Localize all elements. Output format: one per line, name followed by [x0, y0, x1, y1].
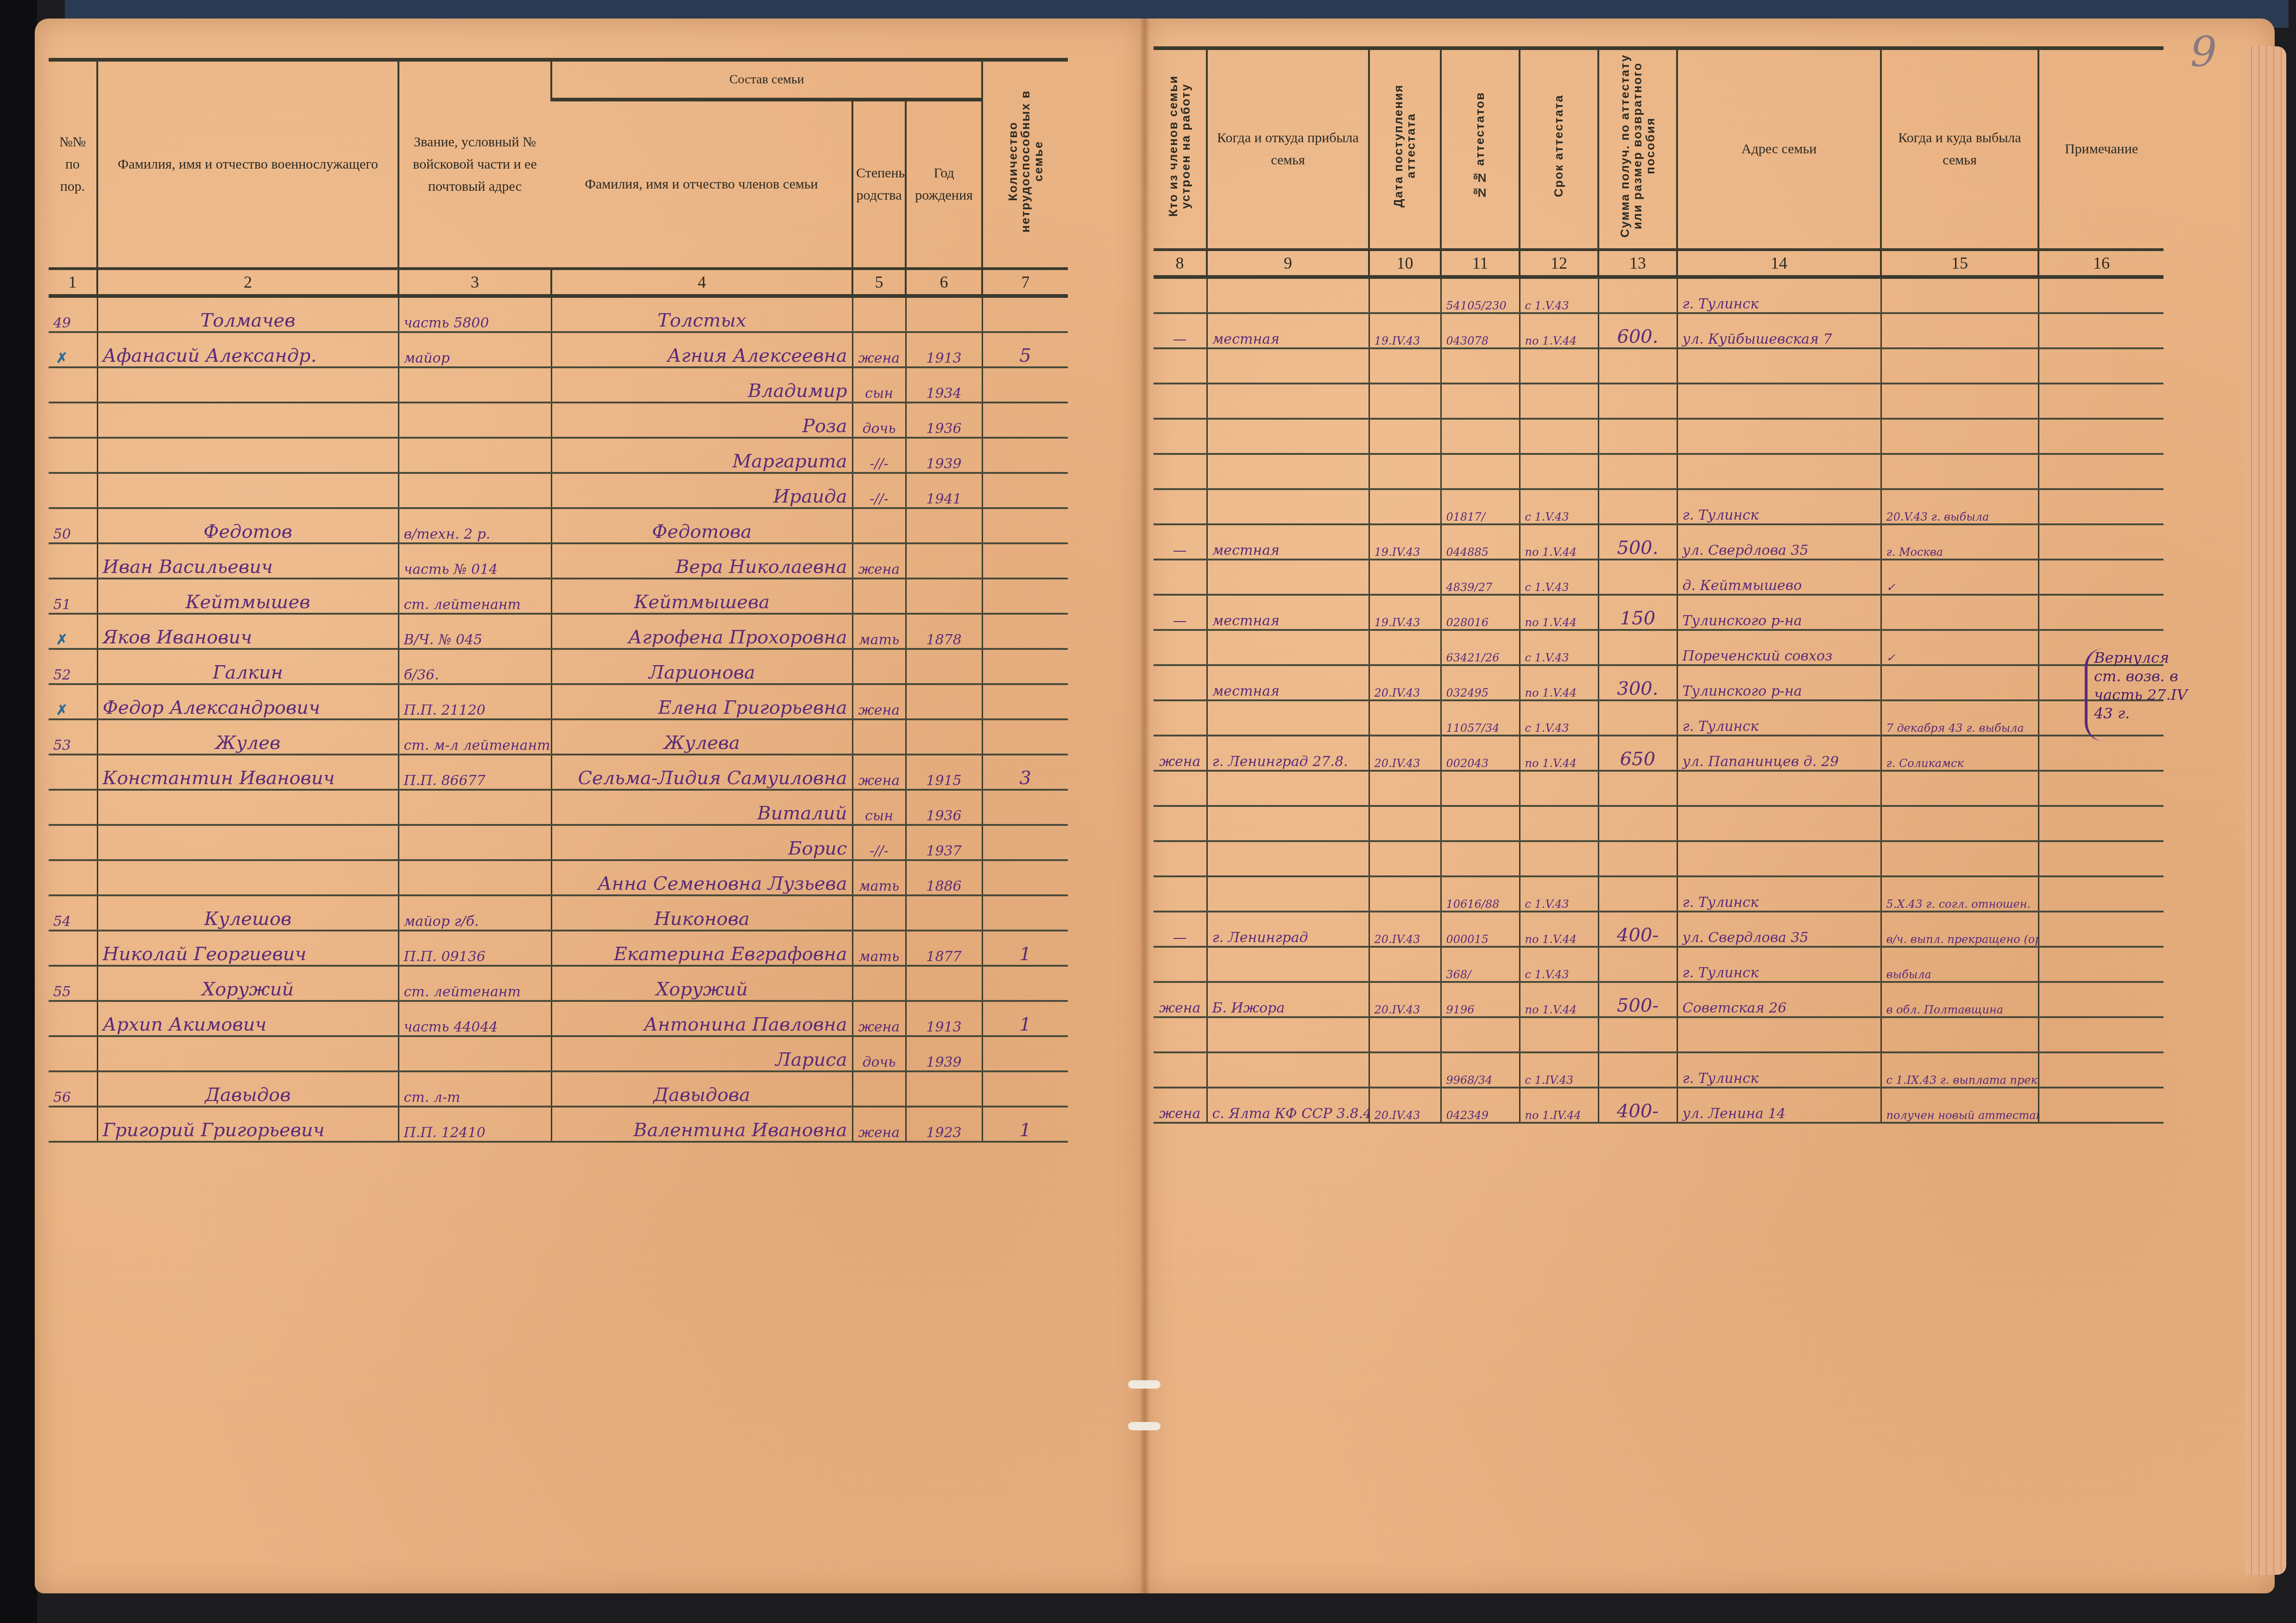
note: [2038, 1088, 2164, 1123]
employed-member: жена: [1154, 1088, 1207, 1123]
note: [2038, 348, 2164, 384]
departed-info: г. Соликамск: [1881, 736, 2038, 771]
arrived-from: [1207, 771, 1369, 806]
family-address: д. Кейтмышево: [1677, 560, 1881, 595]
family-address: [1677, 1017, 1881, 1052]
family-relation: дочь: [852, 403, 906, 438]
disabled-count: [982, 1036, 1068, 1071]
family-relation: -//-: [852, 825, 906, 860]
cert-term: с 1.V.43: [1520, 277, 1598, 313]
table-row: [1154, 1017, 2164, 1052]
amount: 500.: [1598, 524, 1677, 560]
entry-number: 50: [49, 508, 97, 543]
disabled-count: [982, 367, 1068, 403]
cert-date: 20.IV.43: [1369, 1088, 1441, 1123]
unit-info: [398, 438, 551, 473]
col-number: 4: [551, 269, 852, 296]
family-member-name: Екатерина Евграфовна: [551, 931, 852, 966]
family-address: ул. Куйбышевская 7: [1677, 313, 1881, 348]
amount: [1598, 1052, 1677, 1088]
entry-number: [49, 860, 97, 895]
table-row: 63421/26с 1.V.43Пореченский совхоз✓: [1154, 630, 2164, 665]
family-address: Тулинского р-на: [1677, 665, 1881, 700]
cert-term: с 1.V.43: [1520, 700, 1598, 736]
col-header-employed: Кто из членов семьи устроен на работу: [1154, 48, 1207, 250]
unit-info: [398, 1036, 551, 1071]
amount: [1598, 771, 1677, 806]
check-mark-icon: ✗: [56, 702, 68, 718]
unit-info: ст. м-л лейтенант: [398, 719, 551, 755]
employed-member: [1154, 876, 1207, 912]
cert-date: [1369, 1052, 1441, 1088]
entry-number: [49, 1036, 97, 1071]
family-address: Советская 26: [1677, 982, 1881, 1017]
family-address: г. Тулинск: [1677, 876, 1881, 912]
cert-number: 043078: [1441, 313, 1520, 348]
disabled-count: [982, 790, 1068, 825]
unit-info: П.П. 86677: [398, 755, 551, 790]
family-relation: жена: [852, 1001, 906, 1036]
employed-member: [1154, 560, 1207, 595]
arrived-from: [1207, 700, 1369, 736]
arrived-from: местная: [1207, 595, 1369, 630]
serviceman-surname: Галкин: [97, 649, 398, 684]
table-row: [1154, 771, 2164, 806]
family-birth-year: 1936: [906, 790, 982, 825]
cert-term: по 1.V.44: [1520, 982, 1598, 1017]
disabled-count: [982, 1071, 1068, 1107]
departed-info: 5.X.43 г. согл. отношен.: [1881, 876, 2038, 912]
note: [2038, 560, 2164, 595]
note: [2038, 947, 2164, 982]
cert-date: [1369, 771, 1441, 806]
departed-info: [1881, 771, 2038, 806]
note: [2038, 912, 2164, 947]
cert-term: [1520, 454, 1598, 489]
col-header-no: №№ по пор.: [49, 60, 97, 269]
col-header-unit: Звание, условный № войсковой части и ее …: [398, 60, 551, 269]
table-row: Маргарита-//-1939: [49, 438, 1068, 473]
cert-number: [1441, 348, 1520, 384]
family-address: г. Тулинск: [1677, 947, 1881, 982]
disabled-count: [982, 438, 1068, 473]
table-row: Розадочь1936: [49, 403, 1068, 438]
family-relation: жена: [852, 684, 906, 719]
entry-number: [49, 931, 97, 966]
employed-member: жена: [1154, 736, 1207, 771]
col-header-notes: Примечание: [2038, 48, 2164, 250]
col-number: 6: [906, 269, 982, 296]
family-address: [1677, 454, 1881, 489]
family-relation: дочь: [852, 1036, 906, 1071]
serviceman-name: [97, 438, 398, 473]
family-relation: жена: [852, 755, 906, 790]
family-relation: жена: [852, 332, 906, 367]
table-row: [1154, 806, 2164, 841]
family-address: г. Тулинск: [1677, 489, 1881, 524]
family-birth-year: [906, 684, 982, 719]
departed-info: ✓: [1881, 630, 2038, 665]
arrived-from: [1207, 419, 1369, 454]
table-row: 9968/34с 1.IV.43г. Тулинскс 1.IX.43 г. в…: [1154, 1052, 2164, 1088]
unit-info: [398, 790, 551, 825]
col-number: 15: [1881, 250, 2038, 277]
entry-number: [49, 367, 97, 403]
family-member-name: Жулева: [551, 719, 852, 755]
family-member-name: Федотова: [551, 508, 852, 543]
col-header-cert-numbers: №№ аттестатов: [1441, 48, 1520, 250]
unit-info: часть 5800: [398, 296, 551, 332]
family-birth-year: 1939: [906, 438, 982, 473]
family-birth-year: 1913: [906, 1001, 982, 1036]
check-mark-icon: ✗: [56, 350, 68, 366]
unit-info: [398, 473, 551, 508]
serviceman-name: [97, 825, 398, 860]
departed-info: [1881, 454, 2038, 489]
entry-number: ✗: [49, 614, 97, 649]
serviceman-name: Иван Васильевич: [97, 543, 398, 579]
col-number: 10: [1369, 250, 1441, 277]
employed-member: [1154, 806, 1207, 841]
col-header-birth-year: Год рождения: [906, 100, 982, 269]
employed-member: жена: [1154, 982, 1207, 1017]
table-row: [1154, 419, 2164, 454]
family-member-name: Валентина Ивановна: [551, 1107, 852, 1142]
table-row: [1154, 841, 2164, 876]
col-header-relation: Степень родства: [852, 100, 906, 269]
disabled-count: [982, 296, 1068, 332]
table-row: 4839/27с 1.V.43д. Кейтмышево✓: [1154, 560, 2164, 595]
family-address: [1677, 806, 1881, 841]
col-header-family-address: Адрес семьи: [1677, 48, 1881, 250]
cert-number: 63421/26: [1441, 630, 1520, 665]
family-birth-year: 1937: [906, 825, 982, 860]
entry-number: 52: [49, 649, 97, 684]
family-member-name: Борис: [551, 825, 852, 860]
cert-date: 20.IV.43: [1369, 982, 1441, 1017]
family-address: г. Тулинск: [1677, 277, 1881, 313]
cert-term: с 1.V.43: [1520, 489, 1598, 524]
family-birth-year: [906, 579, 982, 614]
disabled-count: 1: [982, 1001, 1068, 1036]
cert-term: [1520, 419, 1598, 454]
table-row: 54Кулешовмайор г/б.Никонова: [49, 895, 1068, 931]
employed-member: [1154, 489, 1207, 524]
family-member-name: Елена Григорьевна: [551, 684, 852, 719]
arrived-from: с. Ялта КФ ССР 3.8.41 г.: [1207, 1088, 1369, 1123]
table-row: Ларисадочь1939: [49, 1036, 1068, 1071]
family-address: ул. Ленина 14: [1677, 1088, 1881, 1123]
departed-info: [1881, 806, 2038, 841]
cert-term: [1520, 384, 1598, 419]
cert-term: [1520, 771, 1598, 806]
cert-date: 19.IV.43: [1369, 595, 1441, 630]
family-relation: [852, 296, 906, 332]
cert-term: по 1.V.44: [1520, 313, 1598, 348]
cert-term: с 1.V.43: [1520, 630, 1598, 665]
departed-info: [1881, 348, 2038, 384]
table-row: женаБ. Ижора20.IV.439196по 1.V.44500-Сов…: [1154, 982, 2164, 1017]
arrived-from: [1207, 1052, 1369, 1088]
departed-info: [1881, 665, 2038, 700]
binding-thread-icon: [1128, 1380, 1161, 1389]
unit-info: [398, 403, 551, 438]
cert-term: по 1.V.44: [1520, 665, 1598, 700]
departed-info: [1881, 277, 2038, 313]
table-row: 368/с 1.V.43г. Тулинсквыбыла: [1154, 947, 2164, 982]
family-member-name: Владимир: [551, 367, 852, 403]
arrived-from: [1207, 947, 1369, 982]
arrived-from: [1207, 454, 1369, 489]
note: [2038, 489, 2164, 524]
table-row: —местная19.IV.43043078по 1.V.44600.ул. К…: [1154, 313, 2164, 348]
family-birth-year: 1886: [906, 860, 982, 895]
family-birth-year: [906, 508, 982, 543]
cert-number: 000015: [1441, 912, 1520, 947]
employed-member: [1154, 700, 1207, 736]
serviceman-name: Яков Иванович: [97, 614, 398, 649]
note: [2038, 277, 2164, 313]
family-birth-year: 1913: [906, 332, 982, 367]
family-address: [1677, 384, 1881, 419]
family-birth-year: [906, 296, 982, 332]
table-row: —г. Ленинград20.IV.43000015по 1.V.44400-…: [1154, 912, 2164, 947]
amount: [1598, 876, 1677, 912]
cert-number: 002043: [1441, 736, 1520, 771]
arrived-from: местная: [1207, 524, 1369, 560]
cert-date: [1369, 384, 1441, 419]
col-header-disabled-count: Количество нетрудоспособных в семье: [982, 60, 1068, 269]
family-member-name: Толстых: [551, 296, 852, 332]
cert-date: [1369, 806, 1441, 841]
amount: [1598, 384, 1677, 419]
family-birth-year: [906, 649, 982, 684]
note: [2038, 876, 2164, 912]
departed-info: 7 декабря 43 г. выбыла: [1881, 700, 2038, 736]
family-relation: [852, 719, 906, 755]
arrived-from: [1207, 630, 1369, 665]
entry-number: 49: [49, 296, 97, 332]
disabled-count: [982, 649, 1068, 684]
unit-info: [398, 367, 551, 403]
disabled-count: [982, 684, 1068, 719]
serviceman-surname: Кейтмышев: [97, 579, 398, 614]
cert-term: с 1.V.43: [1520, 947, 1598, 982]
family-birth-year: 1936: [906, 403, 982, 438]
note: [2038, 771, 2164, 806]
serviceman-name: [97, 403, 398, 438]
family-member-name: Хоружий: [551, 966, 852, 1001]
note: [2038, 595, 2164, 630]
cert-date: [1369, 841, 1441, 876]
cert-number: 042349: [1441, 1088, 1520, 1123]
cert-date: [1369, 560, 1441, 595]
table-row: ✗Яков ИвановичВ/Ч. № 045Агрофена Прохоро…: [49, 614, 1068, 649]
cert-date: 20.IV.43: [1369, 912, 1441, 947]
departed-info: [1881, 1017, 2038, 1052]
table-row: женас. Ялта КФ ССР 3.8.41 г.20.IV.430423…: [1154, 1088, 2164, 1123]
entry-number: 54: [49, 895, 97, 931]
employed-member: [1154, 1017, 1207, 1052]
cert-number: [1441, 1017, 1520, 1052]
entry-note: Вернулся ст. возв. в часть 27.IV 43 г.: [2094, 649, 2187, 722]
table-row: 52Галкинб/36.Ларионова: [49, 649, 1068, 684]
departed-info: [1881, 313, 2038, 348]
disabled-count: [982, 508, 1068, 543]
family-relation: -//-: [852, 473, 906, 508]
entry-number: 53: [49, 719, 97, 755]
note: [2038, 1052, 2164, 1088]
disabled-count: [982, 579, 1068, 614]
entry-number: 56: [49, 1071, 97, 1107]
cert-term: [1520, 806, 1598, 841]
binding-thread-icon: [1128, 1422, 1161, 1430]
serviceman-name: Николай Георгиевич: [97, 931, 398, 966]
entry-number: [49, 403, 97, 438]
table-row: ✗Федор АлександровичП.П. 21120Елена Григ…: [49, 684, 1068, 719]
note: [2038, 419, 2164, 454]
amount: [1598, 841, 1677, 876]
table-row: женаг. Ленинград 27.8.20.IV.43002043по 1…: [1154, 736, 2164, 771]
employed-member: [1154, 277, 1207, 313]
right-entries: 54105/230с 1.V.43г. Тулинск—местная19.IV…: [1154, 277, 2164, 1123]
arrived-from: местная: [1207, 665, 1369, 700]
note: [2038, 982, 2164, 1017]
table-row: 55Хоружийст. лейтенантХоружий: [49, 966, 1068, 1001]
col-number: 7: [982, 269, 1068, 296]
unit-info: П.П. 09136: [398, 931, 551, 966]
col-number: 12: [1520, 250, 1598, 277]
arrived-from: [1207, 384, 1369, 419]
binding-gutter: [1140, 19, 1150, 1593]
cert-term: по 1.V.44: [1520, 524, 1598, 560]
table-row: Иван Васильевиччасть № 014Вера Николаевн…: [49, 543, 1068, 579]
table-row: Ираида-//-1941: [49, 473, 1068, 508]
cert-term: с 1.IV.43: [1520, 1052, 1598, 1088]
family-birth-year: 1941: [906, 473, 982, 508]
right-ledger-table: Кто из членов семьи устроен на работу Ко…: [1154, 46, 2164, 1124]
family-relation: [852, 966, 906, 1001]
unit-info: [398, 825, 551, 860]
cert-term: по 1.V.44: [1520, 595, 1598, 630]
cert-number: 9196: [1441, 982, 1520, 1017]
table-row: Борис-//-1937: [49, 825, 1068, 860]
amount: [1598, 454, 1677, 489]
serviceman-name: [97, 860, 398, 895]
family-birth-year: [906, 895, 982, 931]
arrived-from: [1207, 348, 1369, 384]
employed-member: —: [1154, 912, 1207, 947]
amount: [1598, 1017, 1677, 1052]
cert-number: 044885: [1441, 524, 1520, 560]
cert-term: [1520, 348, 1598, 384]
entry-number: 51: [49, 579, 97, 614]
unit-info: в/техн. 2 р.: [398, 508, 551, 543]
col-number: 11: [1441, 250, 1520, 277]
unit-info: часть № 014: [398, 543, 551, 579]
disabled-count: [982, 719, 1068, 755]
entry-number: [49, 790, 97, 825]
cert-date: [1369, 454, 1441, 489]
unit-info: б/36.: [398, 649, 551, 684]
family-member-name: Агния Алексеевна: [551, 332, 852, 367]
cert-number: [1441, 384, 1520, 419]
serviceman-surname: Федотов: [97, 508, 398, 543]
table-row: Анна Семеновна Лузьевамать1886: [49, 860, 1068, 895]
cert-term: по 1.V.44: [1520, 912, 1598, 947]
serviceman-name: [97, 790, 398, 825]
table-row: Константин ИвановичП.П. 86677Сельма-Лиди…: [49, 755, 1068, 790]
table-row: 10616/88с 1.V.43г. Тулинск5.X.43 г. согл…: [1154, 876, 2164, 912]
col-number: 9: [1207, 250, 1369, 277]
entry-number: 55: [49, 966, 97, 1001]
family-address: г. Тулинск: [1677, 1052, 1881, 1088]
disabled-count: 1: [982, 1107, 1068, 1142]
family-address: [1677, 841, 1881, 876]
disabled-count: [982, 895, 1068, 931]
family-relation: [852, 508, 906, 543]
unit-info: майор: [398, 332, 551, 367]
serviceman-name: Григорий Григорьевич: [97, 1107, 398, 1142]
cert-date: [1369, 419, 1441, 454]
page-edges: [2245, 46, 2286, 1575]
arrived-from: [1207, 1017, 1369, 1052]
entry-number: [49, 438, 97, 473]
family-birth-year: [906, 1071, 982, 1107]
amount: [1598, 806, 1677, 841]
table-row: —местная19.IV.43044885по 1.V.44500.ул. С…: [1154, 524, 2164, 560]
col-header-departed: Когда и куда выбыла семья: [1881, 48, 2038, 250]
serviceman-name: [97, 473, 398, 508]
entry-number: [49, 1107, 97, 1142]
unit-info: [398, 860, 551, 895]
entry-number: [49, 825, 97, 860]
note: [2038, 313, 2164, 348]
col-number: 5: [852, 269, 906, 296]
serviceman-surname: Хоружий: [97, 966, 398, 1001]
col-number: 1: [49, 269, 97, 296]
amount: 150: [1598, 595, 1677, 630]
serviceman-surname: Жулев: [97, 719, 398, 755]
amount: 600.: [1598, 313, 1677, 348]
arrived-from: г. Ленинград: [1207, 912, 1369, 947]
cert-date: 19.IV.43: [1369, 524, 1441, 560]
col-number: 3: [398, 269, 551, 296]
family-member-name: Ираида: [551, 473, 852, 508]
cert-number: 4839/27: [1441, 560, 1520, 595]
serviceman-name: [97, 1036, 398, 1071]
employed-member: [1154, 348, 1207, 384]
departed-info: [1881, 841, 2038, 876]
margin-note-bracket: Вернулся ст. возв. в часть 27.IV 43 г.: [2085, 648, 2201, 741]
cert-date: [1369, 947, 1441, 982]
cert-number: [1441, 841, 1520, 876]
employed-member: [1154, 665, 1207, 700]
table-row: 51Кейтмышевст. лейтенантКейтмышева: [49, 579, 1068, 614]
employed-member: —: [1154, 524, 1207, 560]
family-birth-year: 1915: [906, 755, 982, 790]
cert-number: 10616/88: [1441, 876, 1520, 912]
entry-number: ✗: [49, 684, 97, 719]
col-number: 8: [1154, 250, 1207, 277]
cert-number: [1441, 419, 1520, 454]
family-member-name: Виталий: [551, 790, 852, 825]
left-entries: 49Толмачевчасть 5800Толстых✗Афанасий Але…: [49, 296, 1068, 1142]
employed-member: [1154, 947, 1207, 982]
cert-number: [1441, 454, 1520, 489]
cert-term: [1520, 841, 1598, 876]
family-relation: -//-: [852, 438, 906, 473]
